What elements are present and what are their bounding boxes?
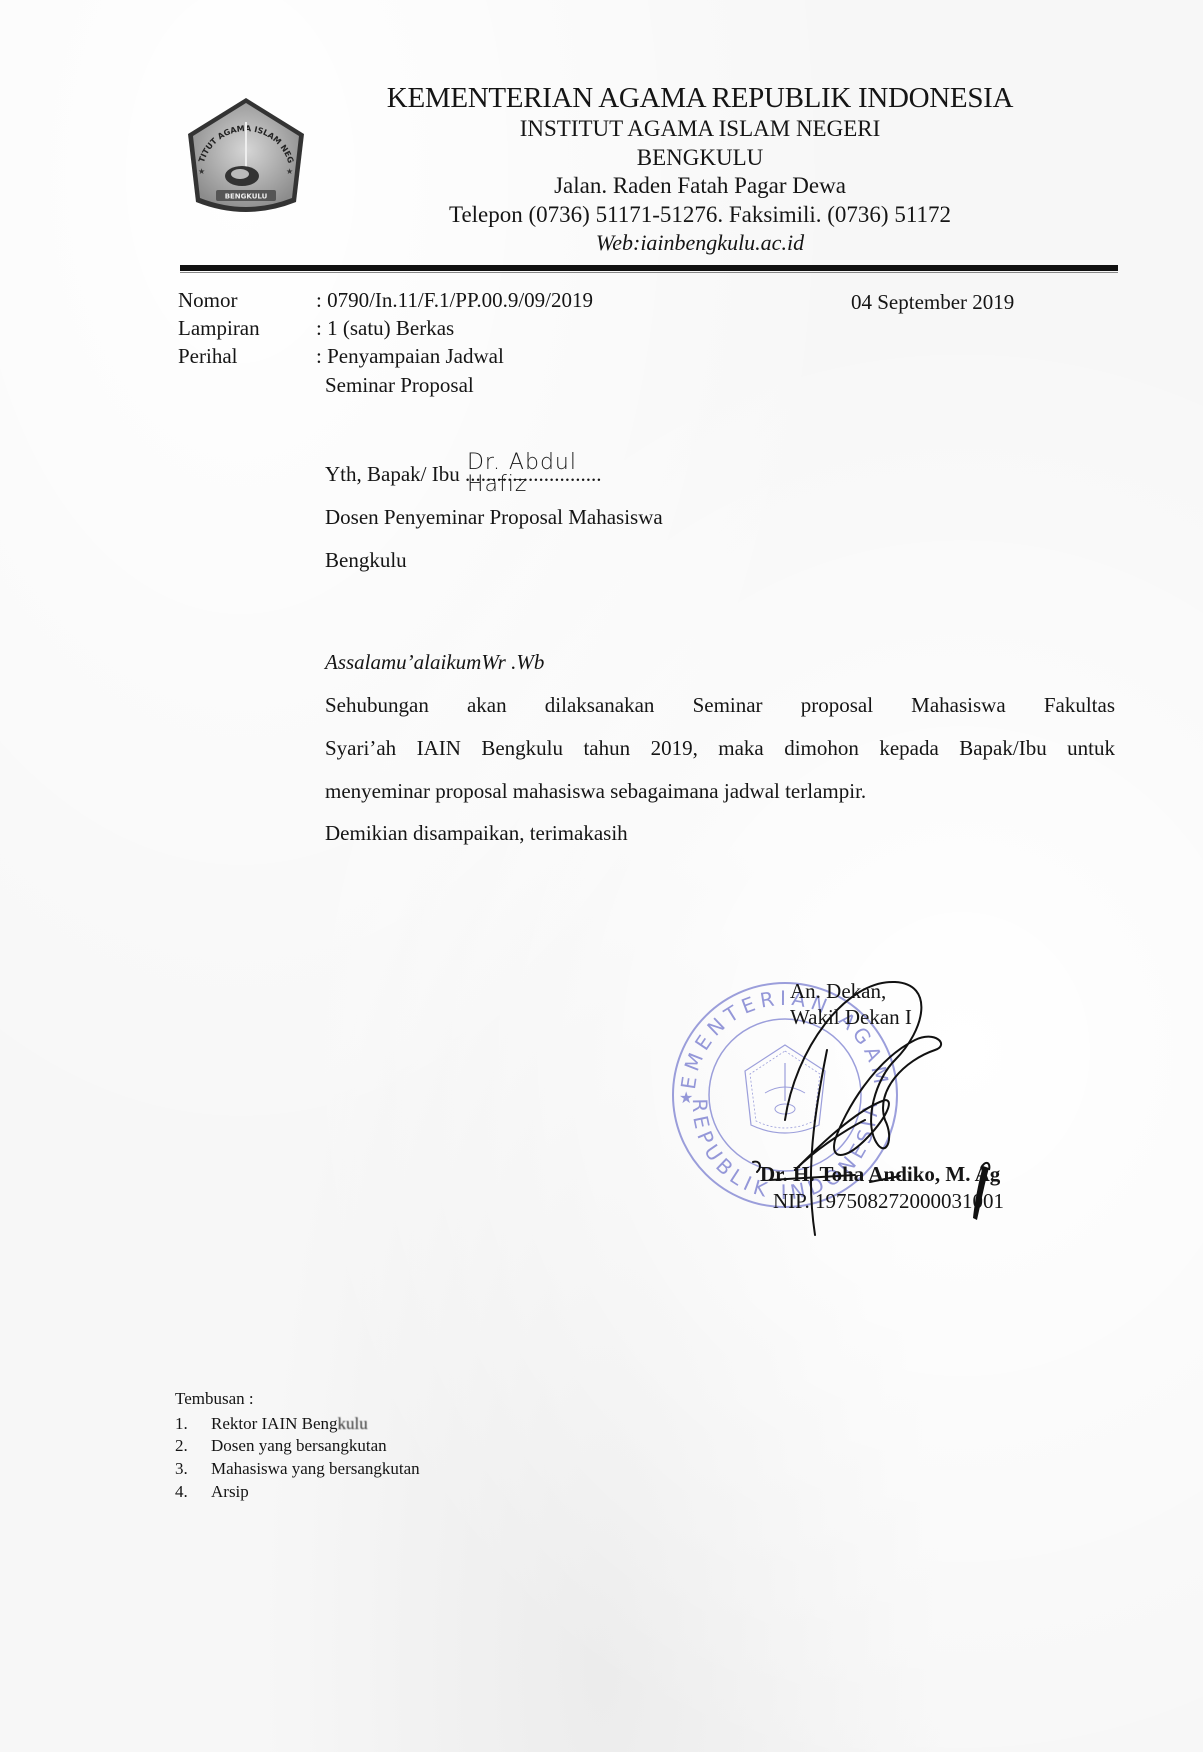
letter-date: 04 September 2019 — [851, 290, 1014, 315]
body-line-1: Sehubungan akan dilaksanakan Seminar pro… — [325, 695, 1115, 716]
greeting: Assalamu’alaikumWr .Wb — [325, 652, 1115, 673]
subject-value-cont: Seminar Proposal — [325, 375, 474, 396]
svg-text:★: ★ — [679, 1088, 693, 1107]
cc-item: 3.Mahasiswa yang bersangkutan — [175, 1460, 420, 1477]
institute-phone-fax: Telepon (0736) 51171-51276. Faksimili. (… — [290, 203, 1110, 226]
cc-item: 1.Rektor IAIN Bengkulu — [175, 1415, 368, 1432]
institute-city: BENGKULU — [290, 146, 1110, 169]
addressee-role: Dosen Penyeminar Proposal Mahasiswa — [325, 507, 663, 528]
number-label: Nomor — [178, 290, 238, 311]
subject-label: Perihal — [178, 346, 237, 367]
letterhead-divider — [180, 265, 1118, 271]
institute-address: Jalan. Raden Fatah Pagar Dewa — [290, 174, 1110, 197]
handwritten-name: Dr. Abdul Hafiz — [467, 452, 602, 496]
salutation-prefix: Yth, Bapak/ Ibu — [325, 462, 465, 486]
cc-item: 2.Dosen yang bersangkutan — [175, 1437, 387, 1454]
svg-text:BENGKULU: BENGKULU — [225, 193, 268, 201]
closing-line: Demikian disampaikan, terimakasih — [325, 823, 1115, 844]
body-line-2: Syari’ah IAIN Bengkulu tahun 2019, maka … — [325, 738, 1115, 759]
handwritten-signature-icon — [735, 970, 1095, 1270]
cc-title: Tembusan : — [175, 1390, 254, 1407]
addressee-line: Yth, Bapak/ Ibu ........................… — [325, 464, 601, 485]
letterhead-divider-thin — [180, 272, 1118, 273]
attachment-label: Lampiran — [178, 318, 260, 339]
subject-value: : Penyampaian Jadwal — [316, 346, 504, 367]
number-value: : 0790/In.11/F.1/PP.00.9/09/2019 — [316, 290, 593, 311]
svg-text:★: ★ — [198, 167, 205, 176]
addressee-city: Bengkulu — [325, 550, 407, 571]
institute-name: INSTITUT AGAMA ISLAM NEGERI — [290, 117, 1110, 140]
attachment-value: : 1 (satu) Berkas — [316, 318, 454, 339]
body-line-3: menyeminar proposal mahasiswa sebagaiman… — [325, 781, 1115, 802]
cc-item: 4.Arsip — [175, 1483, 249, 1500]
institute-website: Web:iainbengkulu.ac.id — [290, 232, 1110, 254]
ministry-name: KEMENTERIAN AGAMA REPUBLIK INDONESIA — [290, 84, 1110, 113]
